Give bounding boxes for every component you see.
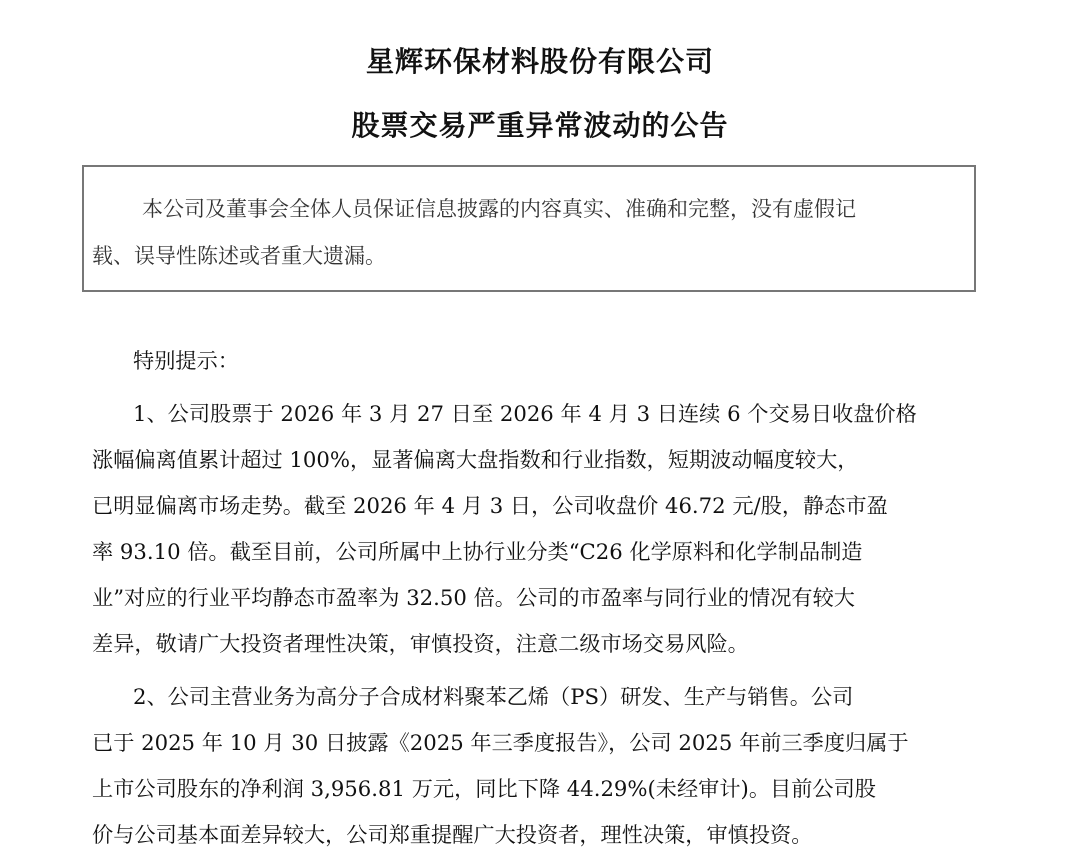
special-notice-heading: 特别提示： (133, 345, 239, 375)
disclaimer-line: 本公司及董事会全体人员保证信息披露的内容真实、准确和完整，没有虚假记 (142, 193, 856, 223)
item2-line: 上市公司股东的净利润 3,956.81 万元，同比下降 44.29%(未经审计)… (92, 773, 876, 803)
announcement-title: 股票交易严重异常波动的公告 (0, 104, 1080, 144)
item1-line: 涨幅偏离值累计超过 100%，显著偏离大盘指数和行业指数，短期波动幅度较大， (92, 444, 859, 474)
item1-line: 业”对应的行业平均静态市盈率为 32.50 倍。公司的市盈率与同行业的情况有较大 (92, 582, 855, 612)
item2-line: 已于 2025 年 10 月 30 日披露《2025 年三季度报告》，公司 20… (92, 727, 909, 757)
item2-line: 2、公司主营业务为高分子合成材料聚苯乙烯（PS）研发、生产与销售。公司 (133, 681, 853, 711)
item1-line: 已明显偏离市场走势。截至 2026 年 4 月 3 日，公司收盘价 46.72 … (92, 490, 888, 520)
item1-line: 1、公司股票于 2026 年 3 月 27 日至 2026 年 4 月 3 日连… (133, 398, 917, 428)
item2-line: 价与公司基本面差异较大，公司郑重提醒广大投资者，理性决策，审慎投资。 (92, 819, 812, 849)
company-name: 星辉环保材料股份有限公司 (0, 40, 1080, 80)
item1-line: 率 93.10 倍。截至目前，公司所属中上协行业分类“C26 化学原料和化学制品… (92, 536, 863, 566)
item1-line: 差异，敬请广大投资者理性决策，审慎投资，注意二级市场交易风险。 (92, 628, 749, 658)
disclaimer-box (82, 165, 976, 292)
disclaimer-line: 载、误导性陈述或者重大遗漏。 (92, 240, 386, 270)
